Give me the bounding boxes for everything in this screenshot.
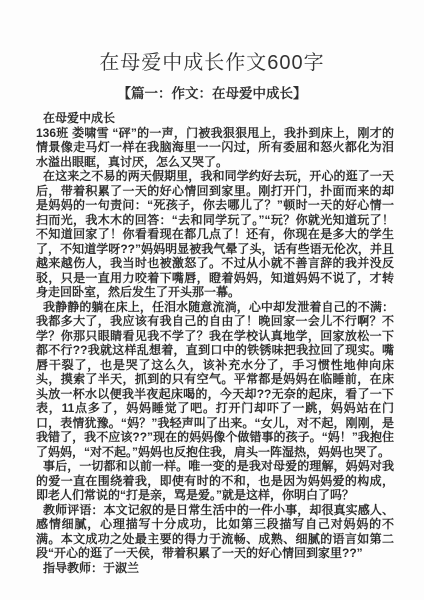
section-header: 【篇一：作文：在母爱中成长】 [10,82,414,102]
essay-paragraph: 在这来之不易的两天假期里，我和同学约好去玩，开心的逛了一天后，带着积累了一天的好… [36,169,394,300]
essay-paragraph: 我静静的躺在床上，任泪水随意流淌，心中却发泄着自己的不满：我都多大了，我应该有我… [36,300,394,460]
essay-body: 在母爱中成长 136班 娄啸雪 “砰”的一声，门被我狠狠甩上，我扑到床上，刚才的… [36,111,394,575]
essay-heading: 在母爱中成长 [36,111,394,126]
essay-paragraph: 事后，一切都和以前一样。唯一变的是我对母爱的理解，妈妈对我的爱一直在围绕着我，即… [36,459,394,503]
essay-paragraph: 教师评语：本文记叙的是日常生活中的一件小事，却很真实感人、感情细腻，心理描写十分… [36,503,394,561]
essay-paragraph: 136班 娄啸雪 “砰”的一声，门被我狠狠甩上，我扑到床上，刚才的情景像走马灯一… [36,126,394,170]
essay-paragraph: 指导教师：于淑兰 [36,561,394,576]
document-page: 在母爱中成长作文600字 【篇一：作文：在母爱中成长】 在母爱中成长 136班 … [0,0,424,600]
page-title: 在母爱中成长作文600字 [10,46,414,75]
